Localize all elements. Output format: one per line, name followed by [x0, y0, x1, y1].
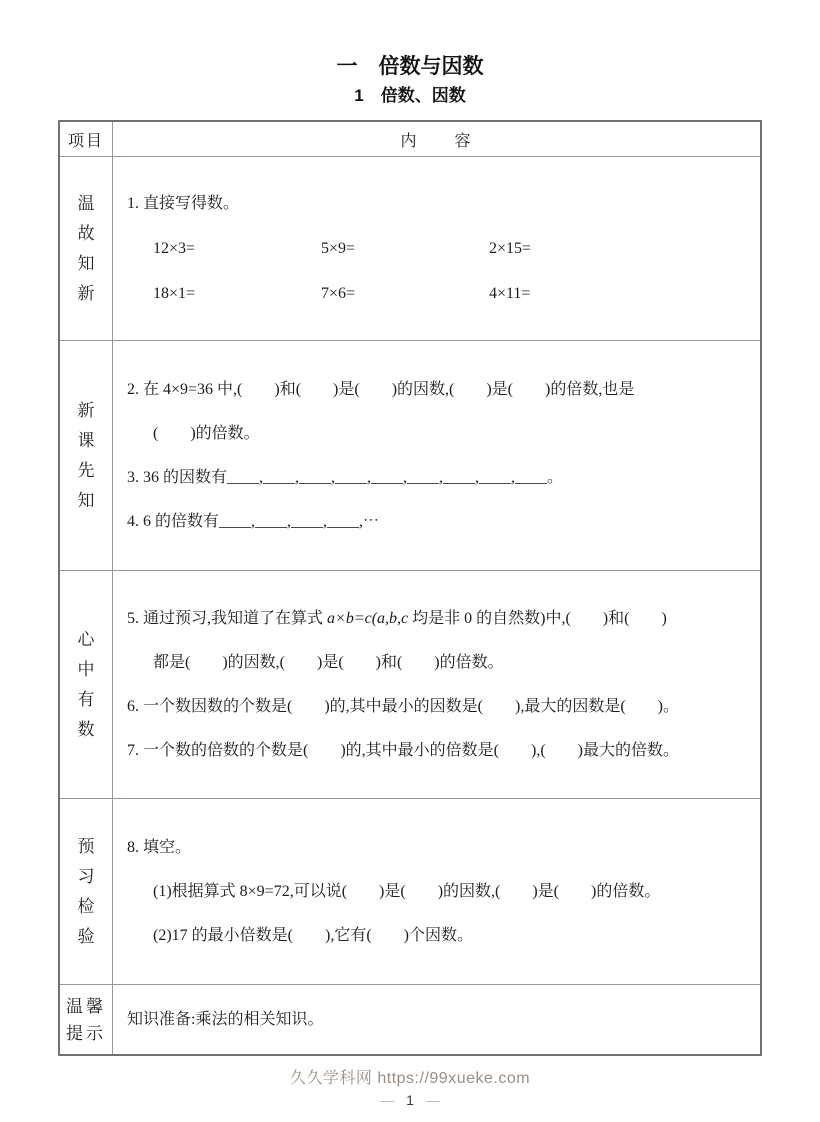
question-2-line1: 2. 在 4×9=36 中,( )和( )是( )的因数,( )是( )的倍数,…	[127, 368, 752, 412]
row-content-keypoints: 5. 通过预习,我知道了在算式 a×b=c(a,b,c 均是非 0 的自然数)中…	[113, 571, 760, 798]
row-label-cell: 预习检验	[60, 799, 113, 984]
page-number-dash: —	[426, 1092, 440, 1108]
page-header: 一 倍数与因数 1 倍数、因数	[0, 0, 820, 107]
column-header-content: 内 容	[113, 122, 760, 156]
question-5-text: 均是非 0 的自然数)中,( )和( )	[408, 610, 667, 627]
page-number: —1—	[0, 1092, 820, 1108]
row-content-tip: 知识准备:乘法的相关知识。	[113, 985, 760, 1054]
question-3: 3. 36 的因数有____,____,____,____,____,____,…	[127, 456, 752, 500]
question-8-part1: (1)根据算式 8×9=72,可以说( )是( )的因数,( )是( )的倍数。	[127, 870, 752, 914]
question-7: 7. 一个数的倍数的个数是( )的,其中最小的倍数是( ),( )最大的倍数。	[127, 729, 752, 773]
expression: 2×15=	[489, 240, 531, 257]
tip-text: 知识准备:乘法的相关知识。	[127, 998, 752, 1042]
question-6: 6. 一个数因数的个数是( )的,其中最小的因数是( ),最大的因数是( )。	[127, 685, 752, 729]
table-row-review: 温故知新 1. 直接写得数。 12×3=5×9=2×15= 18×1=7×6=4…	[60, 156, 760, 340]
table-row-newlesson: 新课先知 2. 在 4×9=36 中,( )和( )是( )的因数,( )是( …	[60, 340, 760, 570]
question-1-title: 1. 直接写得数。	[127, 181, 752, 226]
row-content-check: 8. 填空。 (1)根据算式 8×9=72,可以说( )是( )的因数,( )是…	[113, 799, 760, 984]
question-8-part2: (2)17 的最小倍数是( ),它有( )个因数。	[127, 914, 752, 958]
row-label-check: 预习检验	[76, 832, 96, 952]
row-label-cell: 温故知新	[60, 157, 113, 340]
worksheet-page: 一 倍数与因数 1 倍数、因数 项目 内 容 温故知新 1. 直接写得数。 12…	[0, 0, 820, 1122]
site-watermark: 久久学科网 https://99xueke.com	[0, 1065, 820, 1088]
row-label-cell: 心中有数	[60, 571, 113, 798]
chapter-title: 一 倍数与因数	[0, 54, 820, 80]
page-footer: 久久学科网 https://99xueke.com —1—	[0, 1065, 820, 1108]
question-5-text: 5. 通过预习,我知道了在算式	[127, 610, 327, 627]
table-row-check: 预习检验 8. 填空。 (1)根据算式 8×9=72,可以说( )是( )的因数…	[60, 798, 760, 984]
expression: 4×11=	[489, 285, 530, 302]
table-header-row: 项目 内 容	[60, 122, 760, 156]
column-header-item: 项目	[60, 122, 113, 156]
row-label-tip: 温馨提示	[61, 993, 112, 1047]
expression: 7×6=	[321, 271, 489, 316]
question-2-line2: ( )的倍数。	[127, 412, 752, 456]
page-number-dash: —	[380, 1092, 394, 1108]
row-label-newlesson: 新课先知	[76, 396, 96, 516]
row-content-review: 1. 直接写得数。 12×3=5×9=2×15= 18×1=7×6=4×11=	[113, 157, 760, 340]
lesson-title: 1 倍数、因数	[0, 85, 820, 107]
page-number-value: 1	[406, 1092, 414, 1108]
expression-row: 12×3=5×9=2×15=	[127, 226, 752, 271]
table-row-keypoints: 心中有数 5. 通过预习,我知道了在算式 a×b=c(a,b,c 均是非 0 的…	[60, 570, 760, 798]
question-5-formula: a×b=c(a,b,c	[327, 610, 408, 627]
row-label-cell: 温馨提示	[60, 985, 113, 1054]
question-5-line1: 5. 通过预习,我知道了在算式 a×b=c(a,b,c 均是非 0 的自然数)中…	[127, 597, 752, 641]
row-label-cell: 新课先知	[60, 341, 113, 570]
worksheet-table: 项目 内 容 温故知新 1. 直接写得数。 12×3=5×9=2×15= 18×…	[58, 120, 762, 1056]
expression-row: 18×1=7×6=4×11=	[127, 271, 752, 316]
table-row-tip: 温馨提示 知识准备:乘法的相关知识。	[60, 984, 760, 1054]
expression: 5×9=	[321, 226, 489, 271]
question-5-line2: 都是( )的因数,( )是( )和( )的倍数。	[127, 641, 752, 685]
question-4: 4. 6 的倍数有____,____,____,____,⋯	[127, 500, 752, 544]
row-label-review: 温故知新	[76, 189, 96, 309]
expression: 12×3=	[153, 226, 321, 271]
question-8-title: 8. 填空。	[127, 826, 752, 870]
expression: 18×1=	[153, 271, 321, 316]
row-label-keypoints: 心中有数	[76, 625, 96, 745]
row-content-newlesson: 2. 在 4×9=36 中,( )和( )是( )的因数,( )是( )的倍数,…	[113, 341, 760, 570]
